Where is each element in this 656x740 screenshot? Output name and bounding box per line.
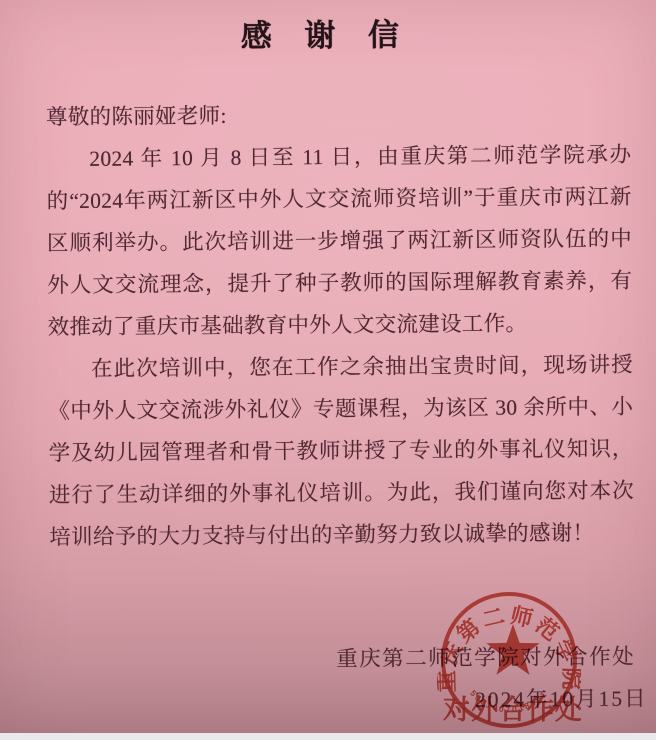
seal-graphic: 重庆第二师范学院 对外合作处 5001007018901	[437, 588, 581, 736]
salutation: 尊敬的陈丽娅老师:	[46, 92, 631, 139]
scan-edge-strip	[0, 733, 656, 740]
letter-title: 感 谢 信	[33, 12, 618, 61]
official-seal-stamp: 重庆第二师范学院 对外合作处 5001007018901	[437, 588, 581, 736]
scanned-letter-page: 感 谢 信 尊敬的陈丽娅老师: 2024 年 10 月 8 日至 11 日，由重…	[0, 0, 656, 740]
paragraph-1: 2024 年 10 月 8 日至 11 日，由重庆第二师范学院承办的“2024年…	[46, 134, 633, 349]
paragraph-2: 在此次培训中，您在工作之余抽出宝贵时间，现场讲授《中外人文交流涉外礼仪》专题课程…	[48, 344, 635, 559]
